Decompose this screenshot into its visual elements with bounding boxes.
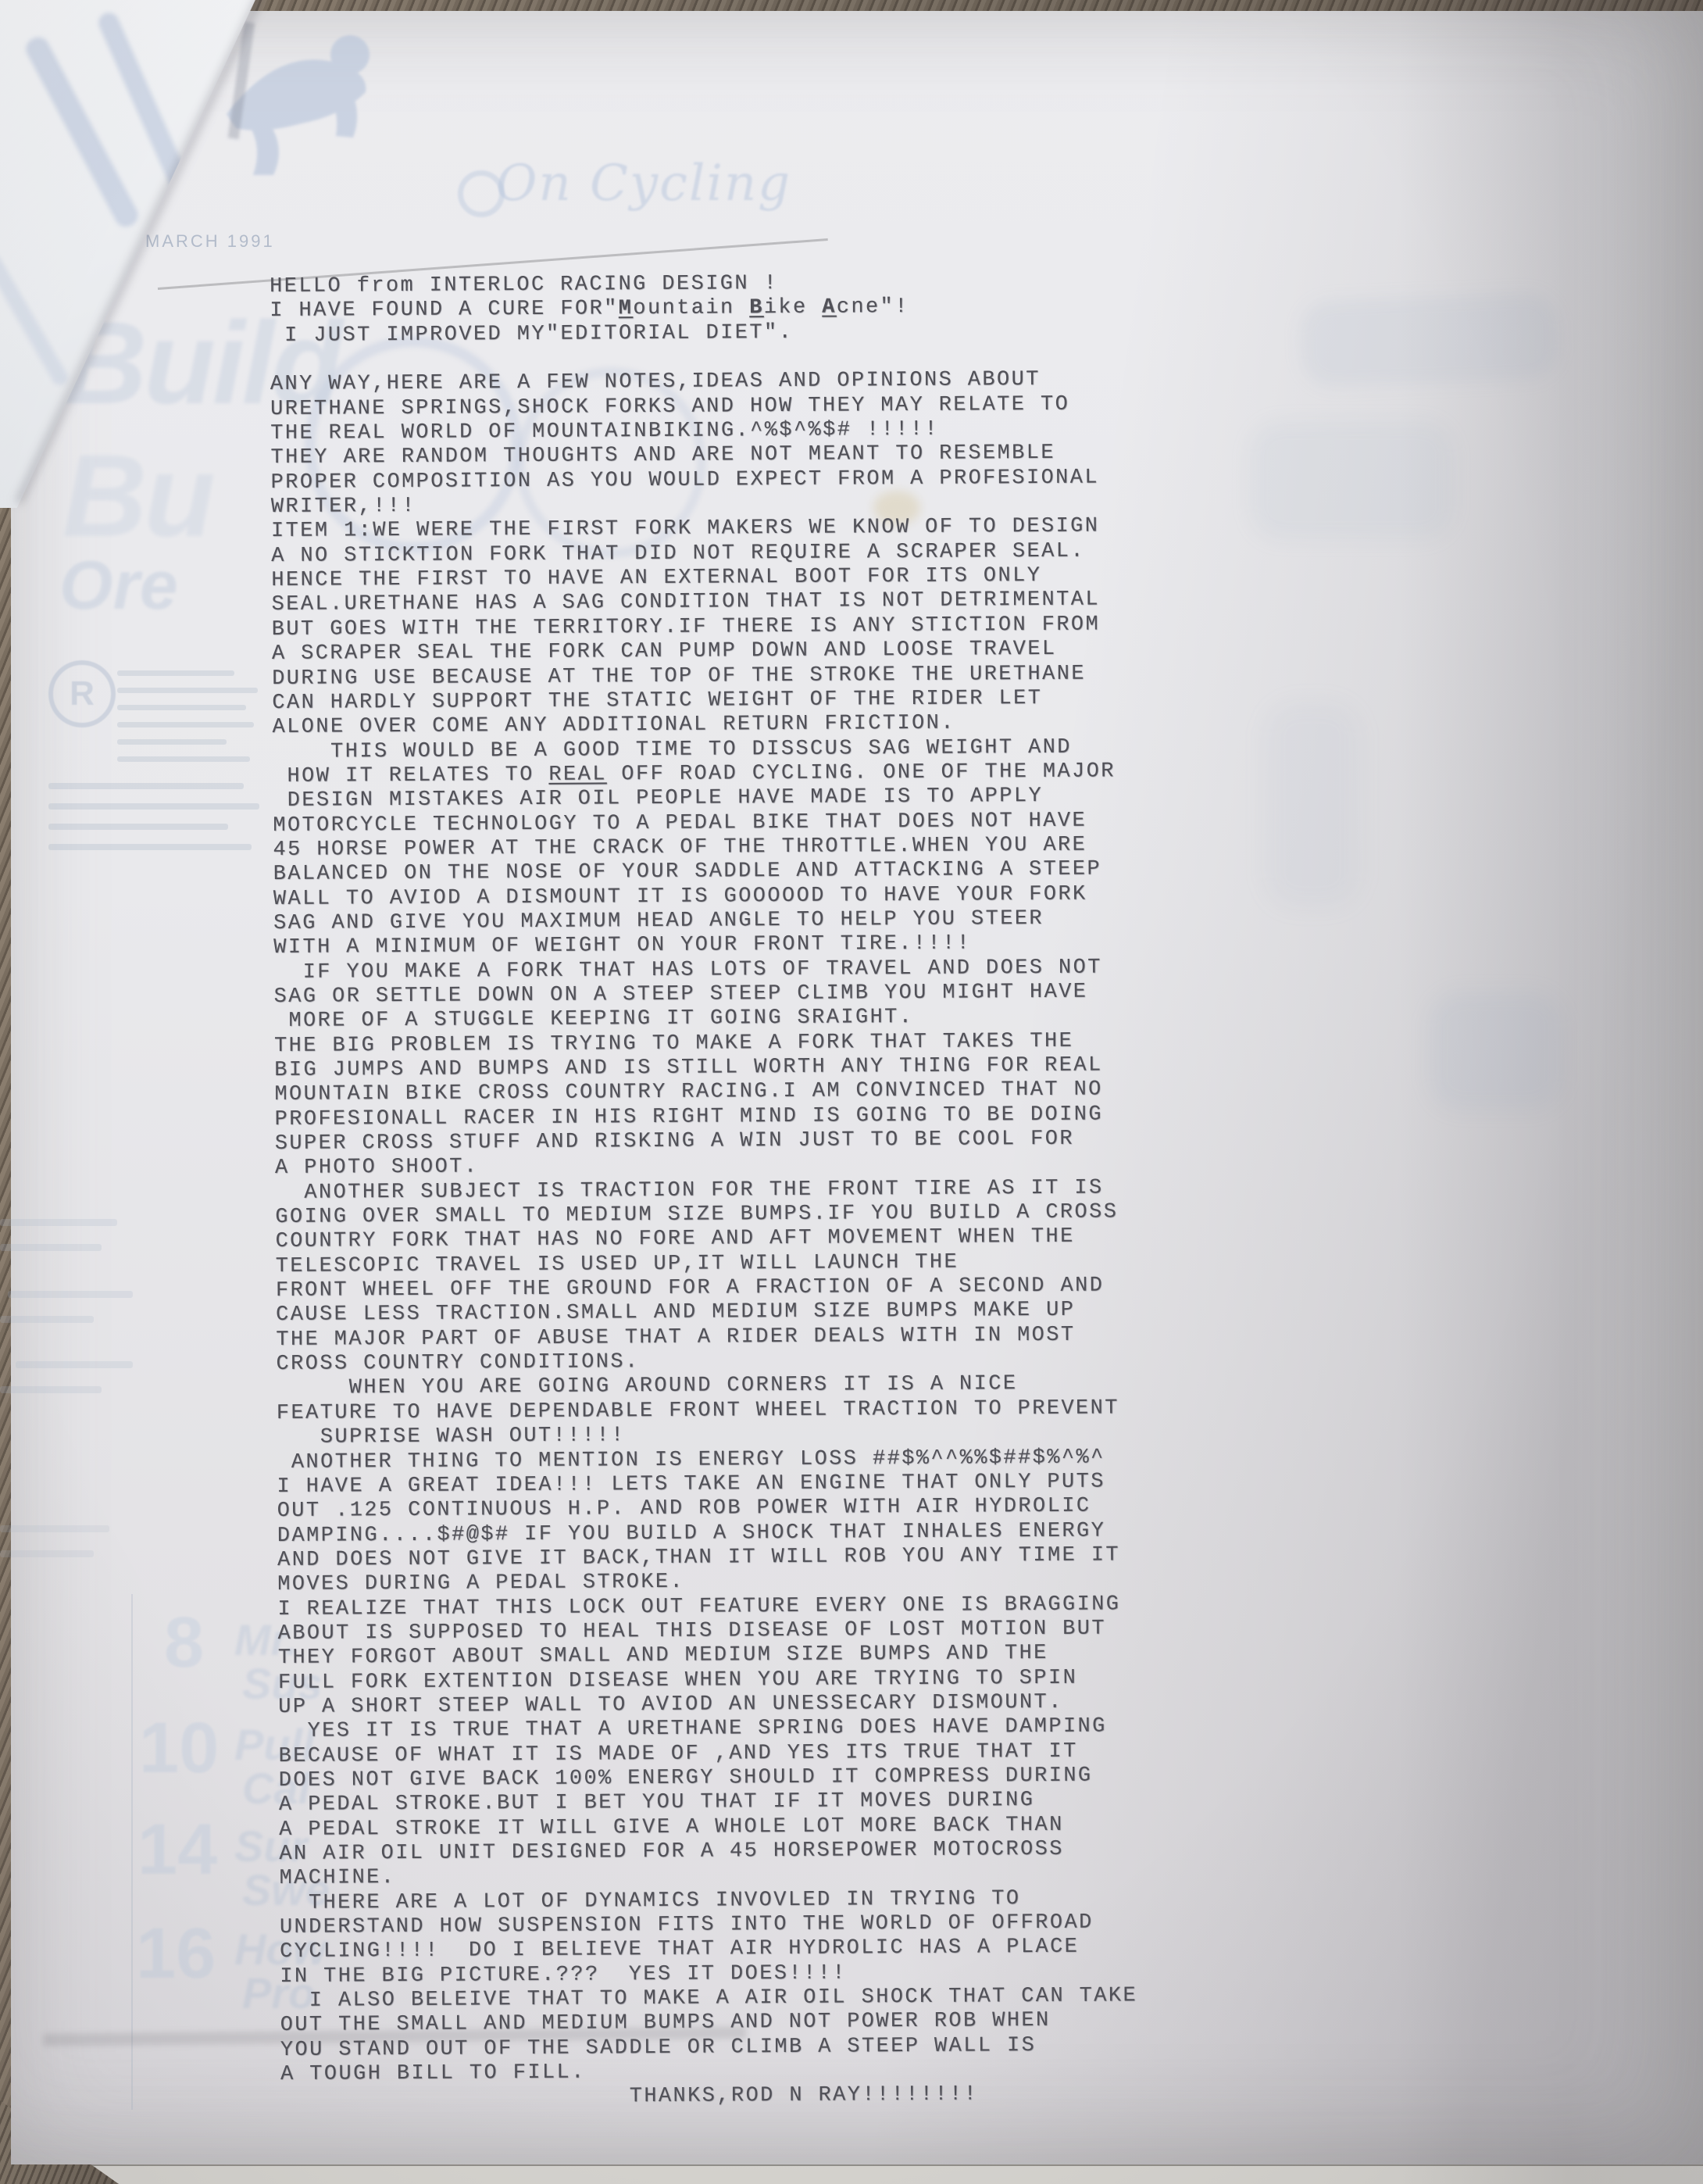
underlined-text: B — [749, 296, 764, 320]
curl-ghost-mark — [0, 252, 70, 388]
toc-number-ghost: 10 — [139, 1707, 219, 1789]
toc-number-ghost: 16 — [136, 1913, 216, 1995]
toc-number-ghost: 14 — [137, 1809, 217, 1891]
typed-line: CYCLING!!!! DO I BELIEVE THAT AIR HYDROL… — [280, 1936, 1137, 1965]
page-beneath-bottom-edge — [0, 2164, 1703, 2184]
typed-letter-text: HELLO from INTERLOC RACING DESIGN !I HAV… — [270, 270, 1138, 2111]
toc-number-ghost: 8 — [164, 1602, 204, 1684]
underlined-text: M — [619, 298, 634, 321]
underlined-text: A — [822, 296, 837, 320]
photo-of-typewritten-letter: On Cycling MARCH 1991 Build Bu Ore R 8 M… — [0, 0, 1703, 2184]
typed-line: THANKS,ROD N RAY!!!!!!!! — [280, 2082, 1138, 2112]
typed-line: COUNTRY FORK THAT HAS NO FORE AND AFT MO… — [275, 1225, 1133, 1255]
underlined-text: REAL — [548, 763, 607, 786]
